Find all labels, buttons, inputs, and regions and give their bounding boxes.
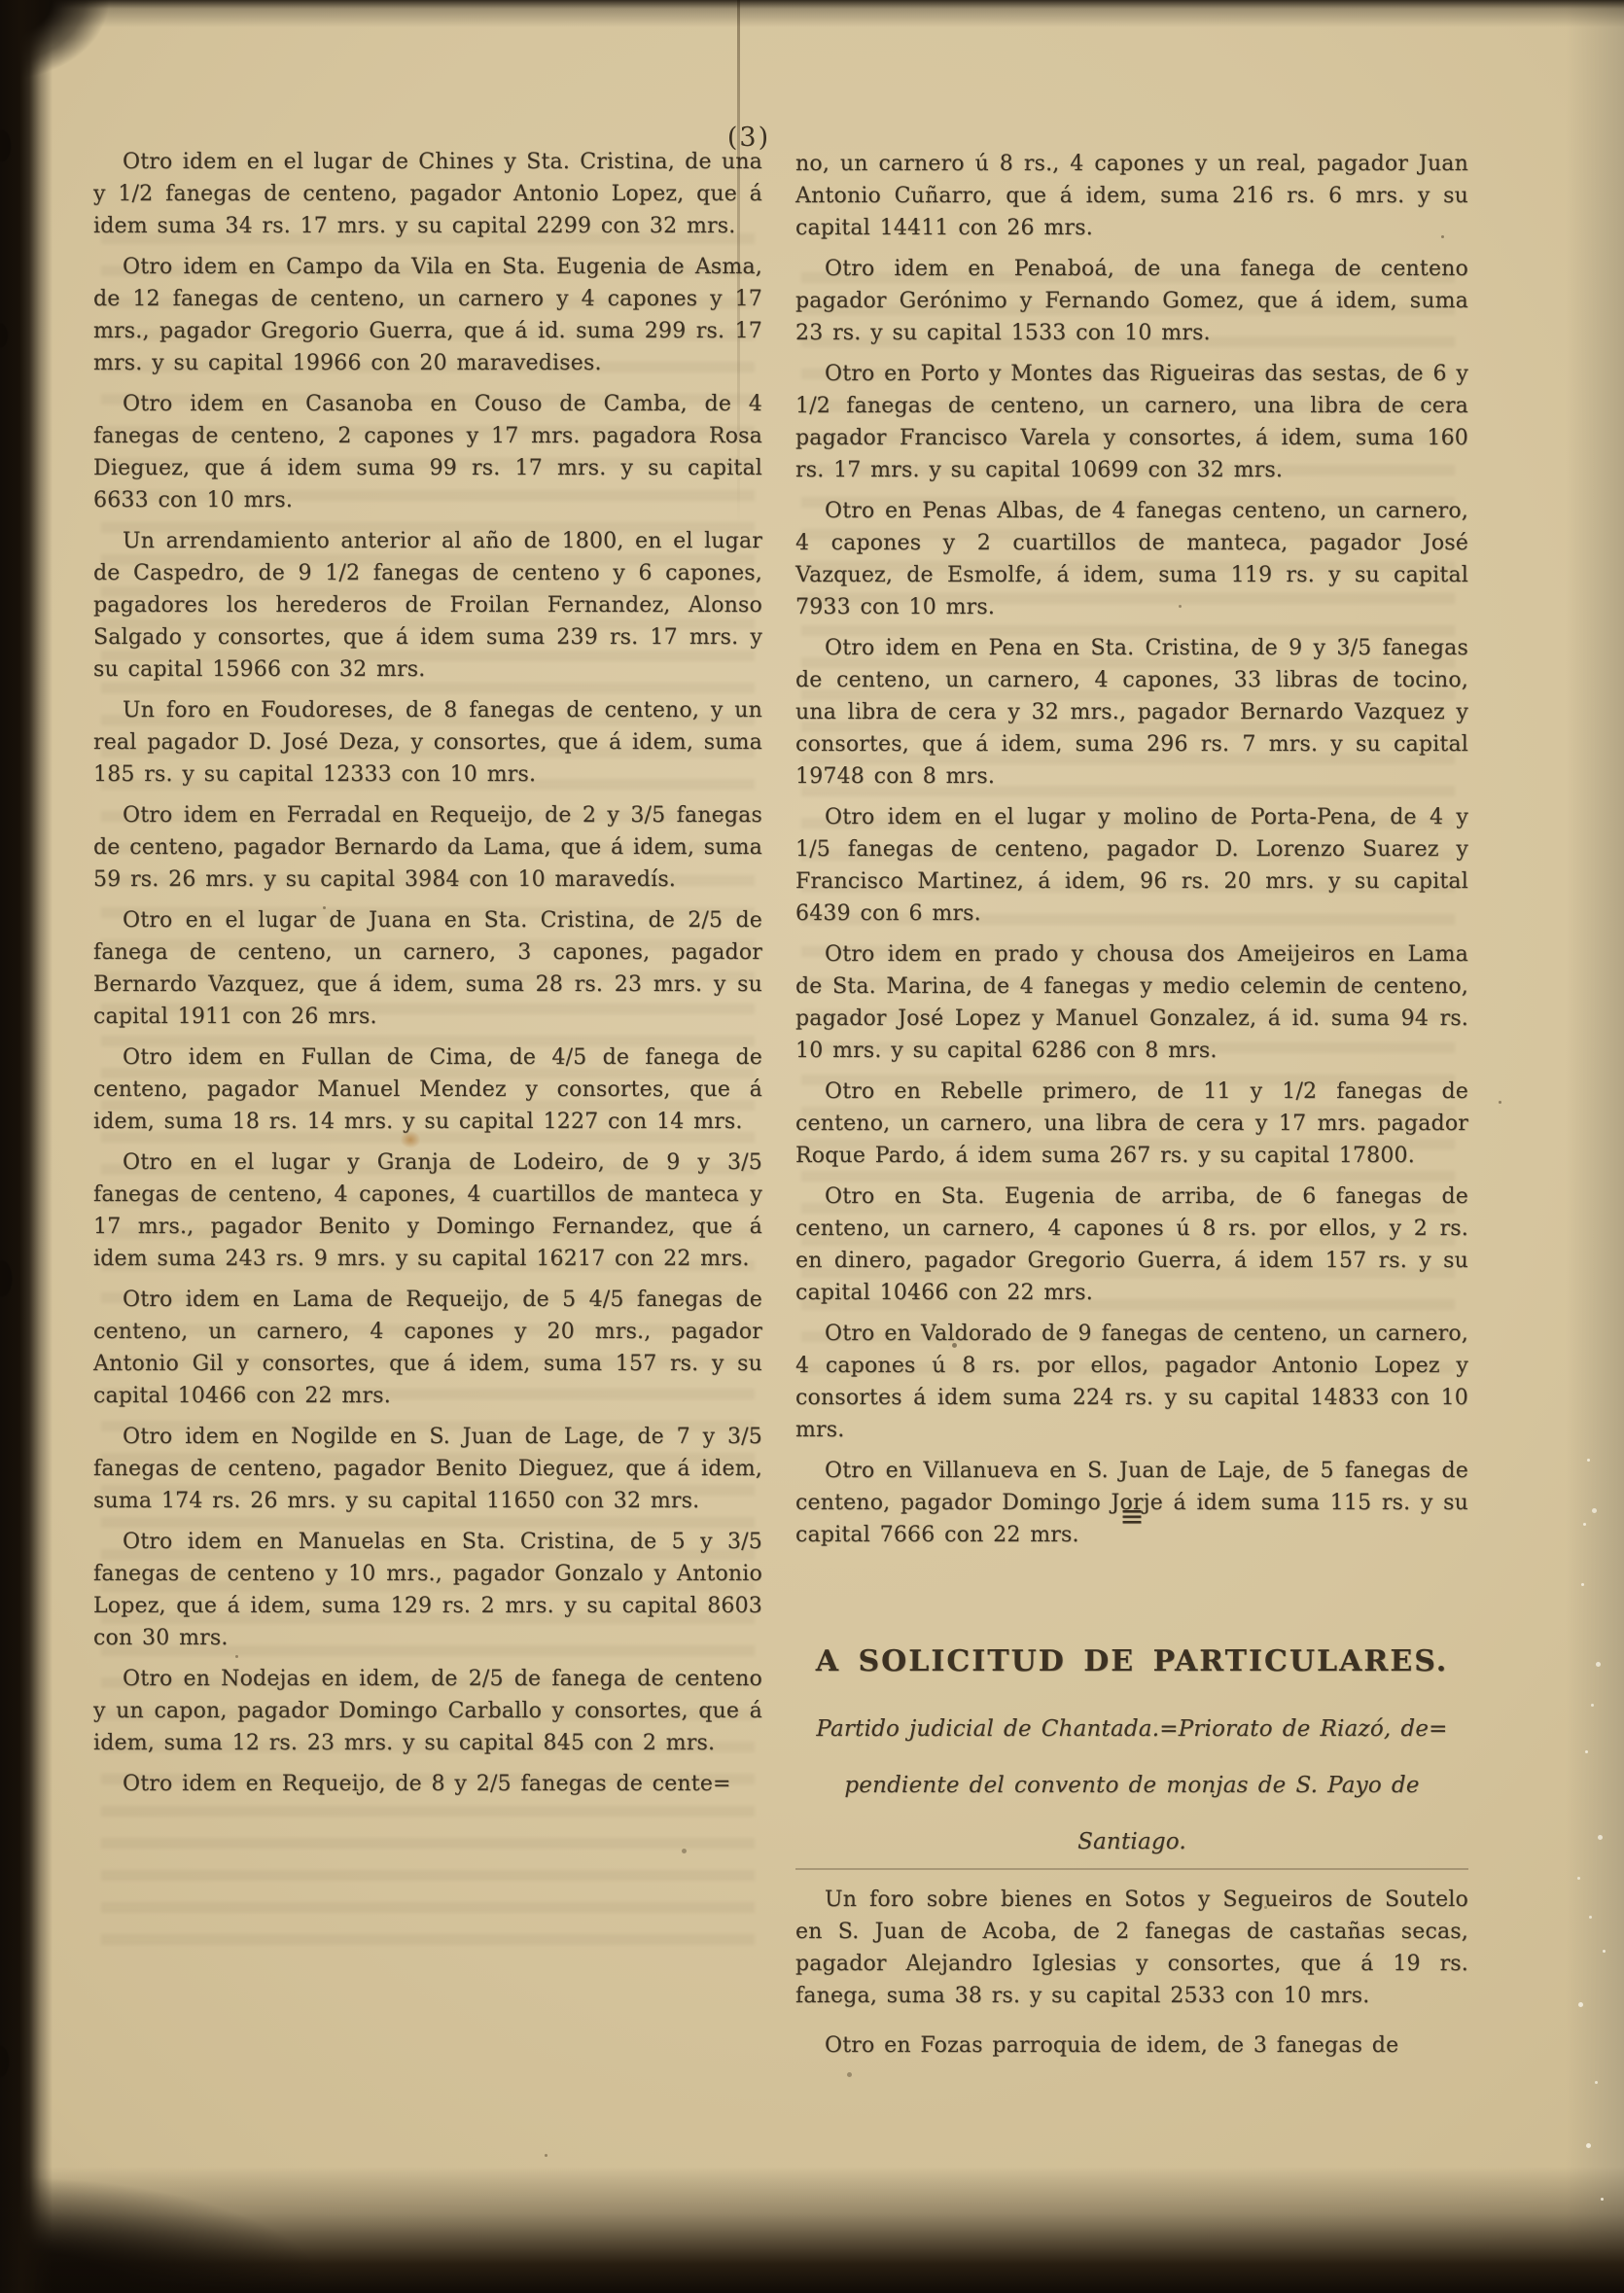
ledger-paragraph: Otro idem en Penaboá, de una fanega de c… — [795, 253, 1468, 349]
right-column: no, un carnero ú 8 rs., 4 capones y un r… — [795, 148, 1468, 1560]
ledger-paragraph: Otro en Sta. Eugenia de arriba, de 6 fan… — [795, 1181, 1468, 1309]
ledger-paragraph: Otro idem en el lugar y molino de Porta-… — [795, 801, 1468, 930]
ledger-paragraph: Otro idem en Fullan de Cima, de 4/5 de f… — [93, 1041, 762, 1138]
subheading-line: Partido judicial de Chantada.=Priorato d… — [795, 1712, 1468, 1746]
horizontal-rule — [795, 1868, 1468, 1870]
ledger-paragraph: Otro en Valdorado de 9 fanegas de centen… — [795, 1318, 1468, 1446]
ledger-paragraph: Un foro sobre bienes en Sotos y Segueiro… — [795, 1884, 1468, 2012]
particulares-section: ≡ A SOLICITUD DE PARTICULARES. Partido j… — [795, 1502, 1468, 2071]
ledger-paragraph: Otro idem en Nogilde en S. Juan de Lage,… — [93, 1421, 762, 1517]
section-divider-mark: ≡ — [795, 1502, 1468, 1532]
section-heading: A SOLICITUD DE PARTICULARES. — [795, 1640, 1468, 1683]
scanned-document-page: (3) Otro idem en el lugar de Chines y St… — [0, 0, 1624, 2293]
ledger-paragraph: Otro idem en Casanoba en Couso de Camba,… — [93, 388, 762, 516]
left-column: Otro idem en el lugar de Chines y Sta. C… — [93, 146, 762, 1809]
ledger-paragraph: Otro idem en Pena en Sta. Cristina, de 9… — [795, 632, 1468, 793]
subheading-line: Santiago. — [795, 1825, 1468, 1858]
scan-edge-right — [1566, 0, 1624, 2293]
ledger-paragraph: Un arrendamiento anterior al año de 1800… — [93, 525, 762, 686]
ledger-paragraph: Otro en Nodejas en idem, de 2/5 de faneg… — [93, 1663, 762, 1759]
ledger-paragraph: no, un carnero ú 8 rs., 4 capones y un r… — [795, 148, 1468, 244]
section-subheading: Partido judicial de Chantada.=Priorato d… — [795, 1712, 1468, 1858]
ledger-paragraph: Otro en el lugar y Granja de Lodeiro, de… — [93, 1146, 762, 1275]
ledger-paragraph: Otro idem en prado y chousa dos Ameijeir… — [795, 938, 1468, 1067]
ledger-paragraph: Otro en Rebelle primero, de 11 y 1/2 fan… — [795, 1076, 1468, 1172]
ledger-paragraph: Otro en Fozas parroquia de idem, de 3 fa… — [795, 2029, 1468, 2062]
ledger-paragraph: Un foro en Foudoreses, de 8 fanegas de c… — [93, 694, 762, 791]
right-column-paragraphs: no, un carnero ú 8 rs., 4 capones y un r… — [795, 148, 1468, 1551]
ledger-paragraph: Otro idem en Campo da Vila en Sta. Eugen… — [93, 251, 762, 379]
ledger-paragraph: Otro idem en Lama de Requeijo, de 5 4/5 … — [93, 1284, 762, 1412]
scan-edge-top — [0, 0, 1624, 27]
ledger-paragraph: Otro idem en Ferradal en Requeijo, de 2 … — [93, 799, 762, 896]
section-paragraphs: Un foro sobre bienes en Sotos y Segueiro… — [795, 1884, 1468, 2062]
subheading-line: pendiente del convento de monjas de S. P… — [795, 1769, 1468, 1802]
ledger-paragraph: Otro idem en Requeijo, de 8 y 2/5 fanega… — [93, 1768, 762, 1800]
ledger-paragraph: Otro idem en el lugar de Chines y Sta. C… — [93, 146, 762, 242]
scan-speckles — [1587, 1459, 1590, 1462]
ledger-paragraph: Otro en Penas Albas, de 4 fanegas centen… — [795, 495, 1468, 623]
scan-edge-left-bumps — [0, 0, 78, 2293]
ledger-paragraph: Otro idem en Manuelas en Sta. Cristina, … — [93, 1526, 762, 1654]
ledger-paragraph: Otro en Porto y Montes das Rigueiras das… — [795, 358, 1468, 486]
ledger-paragraph: Otro en el lugar de Juana en Sta. Cristi… — [93, 904, 762, 1033]
